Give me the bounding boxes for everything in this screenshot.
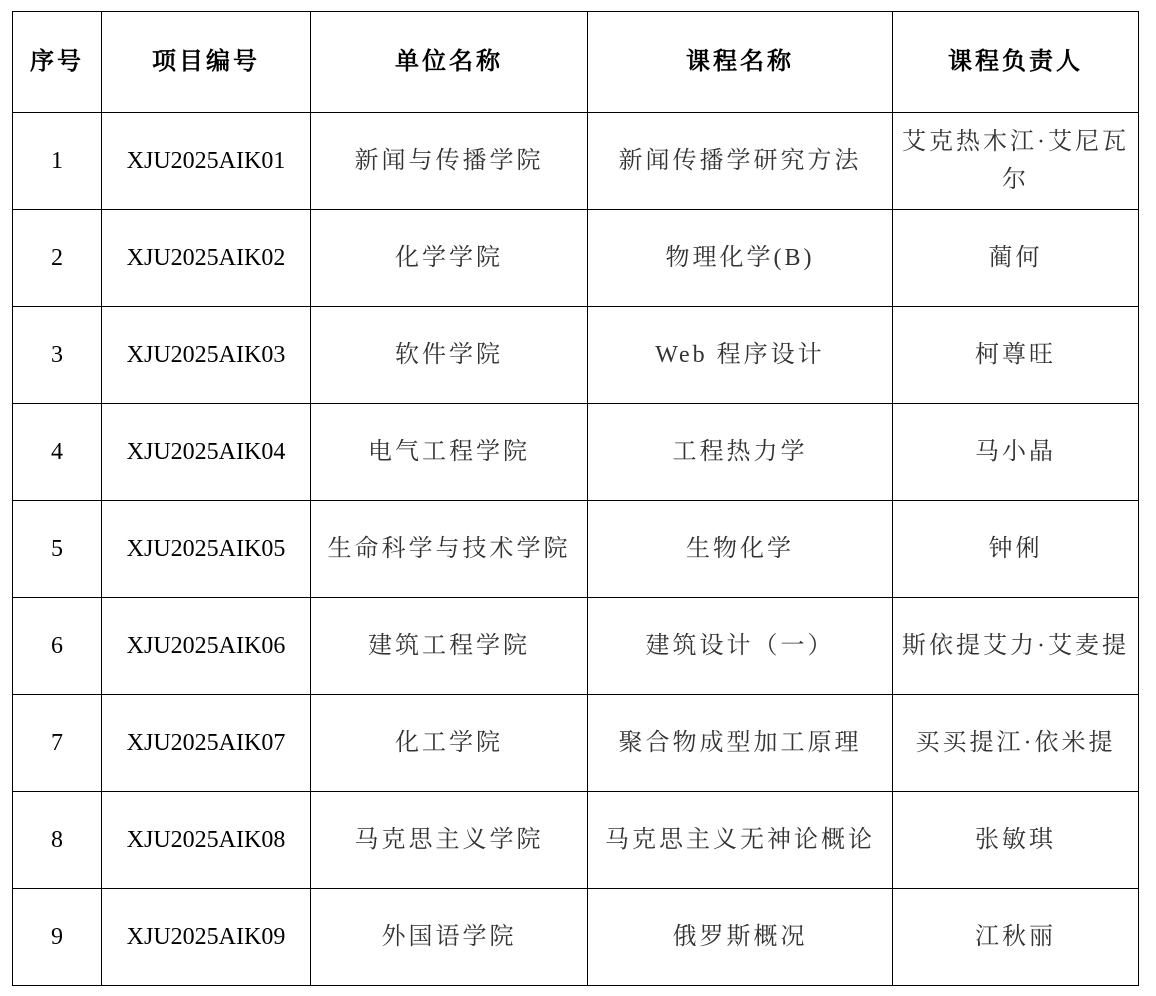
course-name-cell: 俄罗斯概况 bbox=[588, 889, 893, 986]
course-project-table: 序号 项目编号 单位名称 课程名称 课程负责人 1 XJU2025AIK01 新… bbox=[12, 11, 1139, 986]
project-code-cell: XJU2025AIK02 bbox=[102, 210, 311, 307]
table-row: 8 XJU2025AIK08 马克思主义学院 马克思主义无神论概论 张敏琪 bbox=[13, 792, 1139, 889]
course-name-cell: 聚合物成型加工原理 bbox=[588, 695, 893, 792]
course-name-cell: 新闻传播学研究方法 bbox=[588, 113, 893, 210]
table-row: 3 XJU2025AIK03 软件学院 Web 程序设计 柯尊旺 bbox=[13, 307, 1139, 404]
project-code-cell: XJU2025AIK01 bbox=[102, 113, 311, 210]
unit-name-cell: 电气工程学院 bbox=[311, 404, 588, 501]
course-leader-cell: 买买提江·依米提 bbox=[893, 695, 1139, 792]
unit-name-cell: 建筑工程学院 bbox=[311, 598, 588, 695]
course-name-cell: 物理化学(B) bbox=[588, 210, 893, 307]
unit-name-cell: 马克思主义学院 bbox=[311, 792, 588, 889]
course-leader-cell: 马小晶 bbox=[893, 404, 1139, 501]
project-code-cell: XJU2025AIK06 bbox=[102, 598, 311, 695]
project-code-cell: XJU2025AIK05 bbox=[102, 501, 311, 598]
unit-name-cell: 新闻与传播学院 bbox=[311, 113, 588, 210]
table-row: 4 XJU2025AIK04 电气工程学院 工程热力学 马小晶 bbox=[13, 404, 1139, 501]
course-name-cell: 工程热力学 bbox=[588, 404, 893, 501]
unit-name-cell: 生命科学与技术学院 bbox=[311, 501, 588, 598]
table-row: 2 XJU2025AIK02 化学学院 物理化学(B) 蔺何 bbox=[13, 210, 1139, 307]
unit-name-cell: 化学学院 bbox=[311, 210, 588, 307]
header-course-leader: 课程负责人 bbox=[893, 12, 1139, 113]
project-code-cell: XJU2025AIK08 bbox=[102, 792, 311, 889]
serial-number-cell: 4 bbox=[13, 404, 102, 501]
course-name-cell: 建筑设计（一） bbox=[588, 598, 893, 695]
serial-number-cell: 9 bbox=[13, 889, 102, 986]
header-serial-number: 序号 bbox=[13, 12, 102, 113]
serial-number-cell: 3 bbox=[13, 307, 102, 404]
table-header-row: 序号 项目编号 单位名称 课程名称 课程负责人 bbox=[13, 12, 1139, 113]
unit-name-cell: 外国语学院 bbox=[311, 889, 588, 986]
project-code-cell: XJU2025AIK04 bbox=[102, 404, 311, 501]
course-leader-cell: 江秋丽 bbox=[893, 889, 1139, 986]
serial-number-cell: 6 bbox=[13, 598, 102, 695]
table-row: 1 XJU2025AIK01 新闻与传播学院 新闻传播学研究方法 艾克热木江·艾… bbox=[13, 113, 1139, 210]
serial-number-cell: 8 bbox=[13, 792, 102, 889]
serial-number-cell: 1 bbox=[13, 113, 102, 210]
course-leader-cell: 斯依提艾力·艾麦提 bbox=[893, 598, 1139, 695]
unit-name-cell: 化工学院 bbox=[311, 695, 588, 792]
header-unit-name: 单位名称 bbox=[311, 12, 588, 113]
header-course-name: 课程名称 bbox=[588, 12, 893, 113]
course-name-cell: 马克思主义无神论概论 bbox=[588, 792, 893, 889]
course-leader-cell: 柯尊旺 bbox=[893, 307, 1139, 404]
course-leader-cell: 艾克热木江·艾尼瓦尔 bbox=[893, 113, 1139, 210]
header-project-code: 项目编号 bbox=[102, 12, 311, 113]
project-code-cell: XJU2025AIK09 bbox=[102, 889, 311, 986]
serial-number-cell: 5 bbox=[13, 501, 102, 598]
course-name-cell: Web 程序设计 bbox=[588, 307, 893, 404]
table-row: 6 XJU2025AIK06 建筑工程学院 建筑设计（一） 斯依提艾力·艾麦提 bbox=[13, 598, 1139, 695]
course-name-cell: 生物化学 bbox=[588, 501, 893, 598]
course-leader-cell: 张敏琪 bbox=[893, 792, 1139, 889]
course-leader-cell: 蔺何 bbox=[893, 210, 1139, 307]
table-row: 5 XJU2025AIK05 生命科学与技术学院 生物化学 钟俐 bbox=[13, 501, 1139, 598]
unit-name-cell: 软件学院 bbox=[311, 307, 588, 404]
serial-number-cell: 2 bbox=[13, 210, 102, 307]
project-code-cell: XJU2025AIK03 bbox=[102, 307, 311, 404]
serial-number-cell: 7 bbox=[13, 695, 102, 792]
course-leader-cell: 钟俐 bbox=[893, 501, 1139, 598]
table-row: 7 XJU2025AIK07 化工学院 聚合物成型加工原理 买买提江·依米提 bbox=[13, 695, 1139, 792]
table-row: 9 XJU2025AIK09 外国语学院 俄罗斯概况 江秋丽 bbox=[13, 889, 1139, 986]
course-project-table-container: 序号 项目编号 单位名称 课程名称 课程负责人 1 XJU2025AIK01 新… bbox=[12, 11, 1139, 986]
project-code-cell: XJU2025AIK07 bbox=[102, 695, 311, 792]
